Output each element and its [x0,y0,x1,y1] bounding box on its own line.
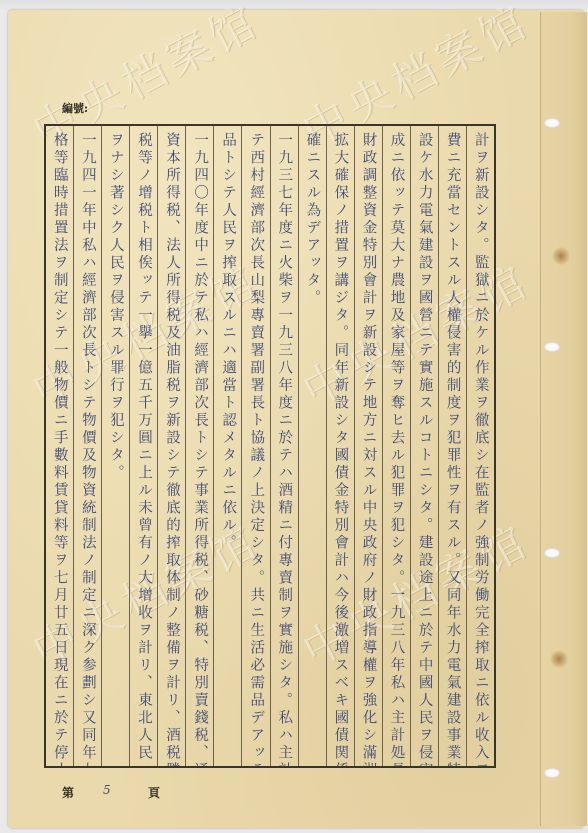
page-number: 5 [103,783,111,797]
page-footer: 第 5 頁 [62,784,74,801]
column-text: 品トシテ人民ヲ搾取スルニハ適當ト認メタルニ依ル。 [221,132,236,766]
manuscript-column: 品トシテ人民ヲ搾取スルニハ適當ト認メタルニ依ル。 [213,126,241,766]
manuscript-column: 費ニ充當セントスル人權侵害的制度ヲ犯罪性ヲ有スル。又同年水力電氣建設事業特別會計… [438,126,466,766]
column-text: 確ニスル為デアッタ。 [305,132,320,766]
binding-hole [544,768,560,778]
column-text: 拡大確保ノ措置ヲ講ジタ。同年新設シタ國債金特別會計ハ今後激増スベキ國債関係ヲ明 [333,132,348,766]
manuscript-column: 一九四一年中私ハ經濟部次長トシテ物價及物資統制法ノ制定ニ深ク参劃シ又同年七月價 [73,126,101,766]
manuscript-grid: 格等臨時措置法ヲ制定シテ一般物價ニ手數料賃貸料等ヲ七月廿五日現在ニ於テ停止シ物 … [44,124,496,768]
column-text: 設ケ水力電氣建設ヲ國營ニテ實施スルコトニシタ。建設途上ニ於テ中國人民ヲ侵害シ大ナ… [417,132,432,766]
column-text: ヲナシ著シク人民ヲ侵害スル罪行ヲ犯シタ。 [108,132,123,766]
binding-hole [544,342,560,352]
page-prefix: 第 [62,786,74,800]
manuscript-column: 拡大確保ノ措置ヲ講ジタ。同年新設シタ國債金特別會計ハ今後激増スベキ國債関係ヲ明 [326,126,354,766]
manuscript-column: テ西村經濟部次長山梨專賣署副署長ト協議ノ上決定シタ。共ニ生活必需品デアッテ專賣 [241,126,269,766]
manuscript-column: 一九三七年度ニ火柴ヲ一九三八年度ニ於テハ酒精ニ付專賣制ヲ實施シタ。私ハ主計処長ト… [270,126,298,766]
column-text: 財政調整資金特別會計ヲ新設シテ地方ニ対スル中央政府ノ財政指導權ヲ強化シ滿洲侵略 [361,132,376,766]
column-text: 格等臨時措置法ヲ制定シテ一般物價ニ手數料賃貸料等ヲ七月廿五日現在ニ於テ停止シ物 [52,132,67,766]
manuscript-column: 一九四〇年度中ニ於テ私ハ經濟部次長トシテ事業所得税、砂糖税、特別賣錢税、通行税 [185,126,213,766]
column-text: テ西村經濟部次長山梨專賣署副署長ト協議ノ上決定シタ。共ニ生活必需品デアッテ專賣 [249,132,264,766]
column-text: 計ヲ新設シタ。監獄ニ於ケル作業ヲ徹底シ在監者ノ強制労働完全搾取ニ依ル收入ヲ以テ監… [473,132,488,766]
binding-hole [544,118,560,128]
rust-stain [549,650,569,668]
manuscript-column: 資本所得税、法人所得税及油脂税ヲ新設シテ徹底的搾取体制ノ整備ヲ計リ、酒税勝茶 [157,126,185,766]
manuscript-column: 格等臨時措置法ヲ制定シテ一般物價ニ手數料賃貸料等ヲ七月廿五日現在ニ於テ停止シ物 [46,126,73,766]
column-text: 一九四〇年度中ニ於テ私ハ經濟部次長トシテ事業所得税、砂糖税、特別賣錢税、通行税 [193,132,208,766]
manuscript-column: 確ニスル為デアッタ。 [298,126,326,766]
serial-number-label: 編號: [62,100,88,116]
manuscript-column: 財政調整資金特別會計ヲ新設シテ地方ニ対スル中央政府ノ財政指導權ヲ強化シ滿洲侵略 [354,126,382,766]
column-text: 資本所得税、法人所得税及油脂税ヲ新設シテ徹底的搾取体制ノ整備ヲ計リ、酒税勝茶 [165,132,180,766]
column-text: 一九四一年中私ハ經濟部次長トシテ物價及物資統制法ノ制定ニ深ク参劃シ又同年七月價 [80,132,95,766]
binding-hole [544,548,560,558]
manuscript-column: 設ケ水力電氣建設ヲ國營ニテ實施スルコトニシタ。建設途上ニ於テ中國人民ヲ侵害シ大ナ… [410,126,438,766]
rust-stain [551,247,571,265]
manuscript-column: 税等ノ增税ト相俟ッテ一擧一億五千万圓ニ上ル未曾有ノ大增收ヲ計リ、東北人民ニ大ナル… [129,126,157,766]
manuscript-column: 成ニ依ッテ莫大ナ農地及家屋等ヲ奪ヒ去ル犯罪ヲ犯シタ。一九三八年私ハ主計処長トシテ… [382,126,410,766]
column-text: 一九三七年度ニ火柴ヲ一九三八年度ニ於テハ酒精ニ付專賣制ヲ實施シタ。私ハ主計処長ト… [277,132,292,766]
column-text: 費ニ充當セントスル人權侵害的制度ヲ犯罪性ヲ有スル。又同年水力電氣建設事業特別會計… [445,132,460,766]
column-text: 成ニ依ッテ莫大ナ農地及家屋等ヲ奪ヒ去ル犯罪ヲ犯シタ。一九三八年私ハ主計処長トシテ… [389,132,404,766]
manuscript-column: ヲナシ著シク人民ヲ侵害スル罪行ヲ犯シタ。 [101,126,129,766]
page-suffix: 頁 [148,784,160,801]
manuscript-column: 計ヲ新設シタ。監獄ニ於ケル作業ヲ徹底シ在監者ノ強制労働完全搾取ニ依ル收入ヲ以テ監… [466,126,494,766]
page-binding-margin [540,12,587,826]
column-text: 税等ノ增税ト相俟ッテ一擧一億五千万圓ニ上ル未曾有ノ大增收ヲ計リ、東北人民ニ大ナル… [136,132,151,766]
